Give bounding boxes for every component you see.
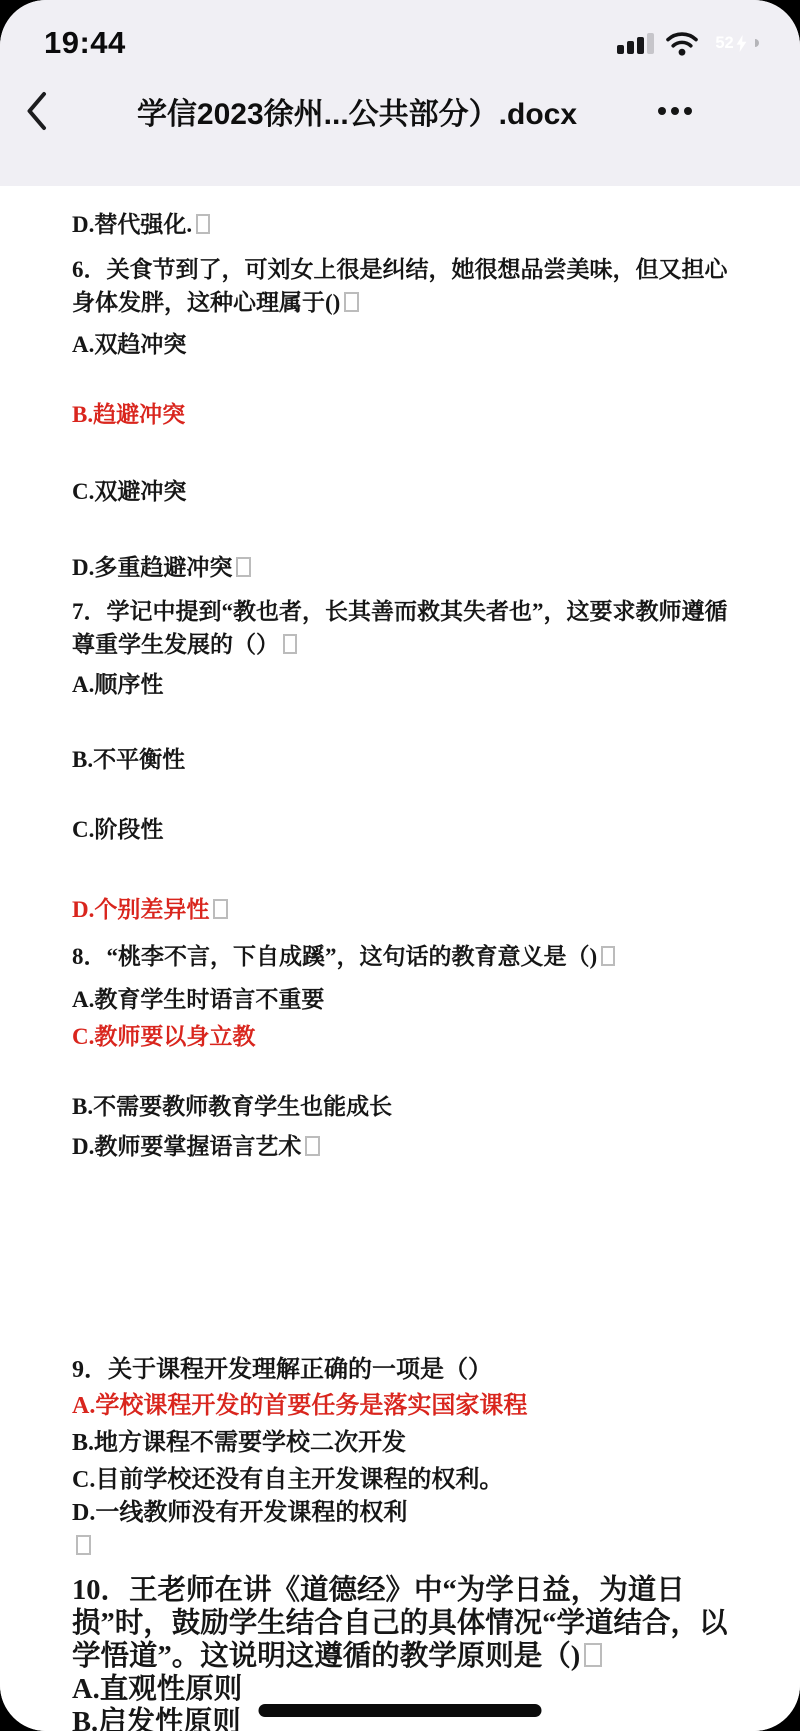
top-chrome: 19:44 52 [0,0,800,186]
chevron-left-icon [23,89,49,133]
phone-screen: 19:44 52 [0,0,800,1731]
doc-paragraph: A.双趋冲突 [72,328,732,361]
more-button[interactable] [656,99,694,123]
doc-paragraph: D.教师要掌握语言艺术 [72,1130,732,1163]
battery-charging-icon: 52 [710,32,760,55]
doc-paragraph: A.顺序性 [72,668,732,701]
missing-glyph-box [601,946,615,966]
status-bar: 19:44 52 [0,0,800,62]
missing-glyph-box [584,1643,602,1667]
doc-paragraph: D.多重趋避冲突 [72,551,732,584]
missing-glyph-box [283,634,297,654]
doc-paragraph: 8．“桃李不言，下自成蹊”，这句话的教育意义是（) [72,940,732,973]
missing-glyph-box [196,214,210,234]
back-button[interactable] [0,89,72,133]
home-indicator-bar[interactable] [259,1704,542,1717]
cellular-signal-icon [617,32,654,54]
doc-paragraph: B.地方课程不需要学校二次开发 [72,1427,732,1460]
doc-paragraph: C.教师要以身立教 [72,1020,732,1053]
status-icons: 52 [617,31,760,56]
battery-cap [755,39,759,47]
missing-glyph-box [344,292,358,312]
doc-paragraph: C.阶段性 [72,813,732,846]
doc-paragraph: 6．关食节到了，可刘女上很是纠结，她很想品尝美味，但又担心身体发胖，这种心理属于… [72,253,732,319]
doc-paragraph: A.学校课程开发的首要任务是落实国家课程 [72,1390,732,1423]
doc-paragraph: D.替代强化. [72,208,732,241]
document-body[interactable]: D.替代强化.6．关食节到了，可刘女上很是纠结，她很想品尝美味，但又担心身体发胖… [0,186,800,1731]
ellipsis-icon [658,107,666,115]
doc-paragraph: A.直观性原则 [72,1673,732,1706]
document-title: 学信2023徐州...公共部分）.docx [72,89,642,133]
missing-glyph-box [76,1535,91,1555]
missing-glyph-box [305,1136,319,1156]
doc-paragraph: C.目前学校还没有自主开发课程的权利。 [72,1464,732,1497]
missing-glyph-box [236,557,250,577]
doc-paragraph: A.教育学生时语言不重要 [72,983,732,1016]
missing-glyph-box [213,899,227,919]
nav-bar: 学信2023徐州...公共部分）.docx [0,62,800,170]
doc-paragraph: 7．学记中提到“教也者，长其善而救其失者也”，这要求教师遵循尊重学生发展的（） [72,595,732,661]
status-time: 19:44 [44,25,126,61]
doc-paragraph: 10．王老师在讲《道德经》中“为学日益，为道日损”时，鼓励学生结合自己的具体情况… [72,1574,732,1673]
doc-paragraph: B.不需要教师教育学生也能成长 [72,1090,732,1123]
doc-paragraph: C.双避冲突 [72,475,732,508]
doc-paragraph: D.个别差异性 [72,893,732,926]
doc-paragraph: D.一线教师没有开发课程的权利 [72,1497,732,1530]
doc-paragraph: 9．关于课程开发理解正确的一项是（） [72,1354,732,1387]
doc-paragraph: B.不平衡性 [72,743,732,776]
doc-paragraph [72,1530,732,1563]
wifi-icon [665,31,699,56]
doc-paragraph: B.趋避冲突 [72,398,732,431]
